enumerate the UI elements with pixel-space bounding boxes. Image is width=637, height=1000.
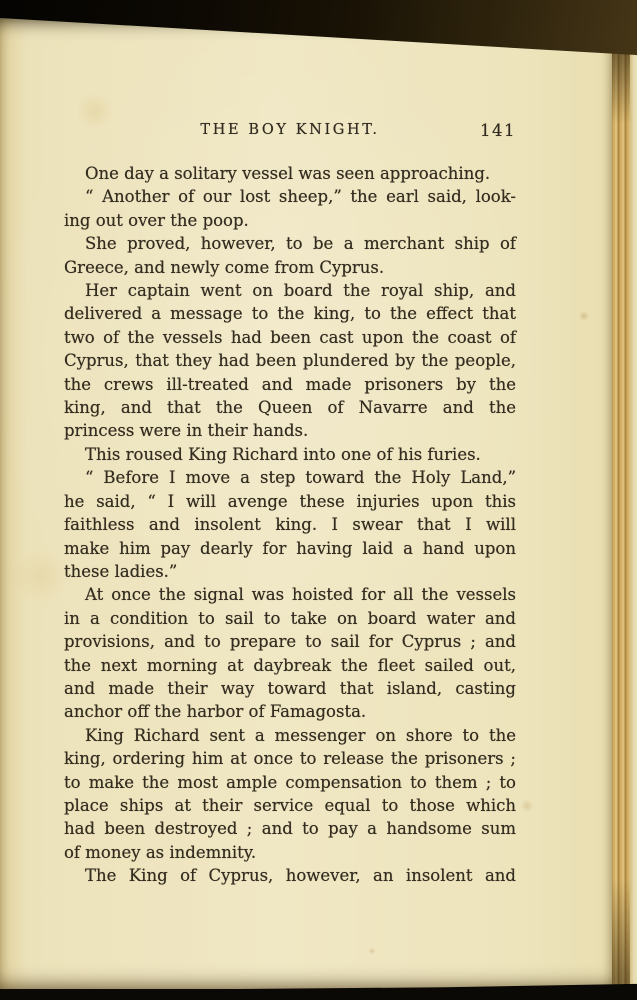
text-line: The King of Cyprus, however, an insolent… <box>64 864 516 887</box>
paragraph: At once the signal was hoisted for all t… <box>64 583 516 723</box>
paragraph: Her captain went on board the royal ship… <box>64 279 516 443</box>
text-line: make him pay dearly for having laid a ha… <box>64 537 516 560</box>
paragraph: “ Another of our lost sheep,” the earl s… <box>64 185 516 232</box>
text-line: the crews ill-treated and made prisoners… <box>64 373 516 396</box>
text-line: This roused King Richard into one of his… <box>64 443 516 466</box>
text-line: king, and that the Queen of Navarre and … <box>64 396 516 419</box>
text-line: faithless and insolent king. I swear tha… <box>64 513 516 536</box>
text-line: place ships at their service equal to th… <box>64 794 516 817</box>
text-line: he said, “ I will avenge these injuries … <box>64 490 516 513</box>
paragraph: She proved, however, to be a merchant sh… <box>64 232 516 279</box>
text-line: in a condition to sail to take on board … <box>64 607 516 630</box>
text-line: King Richard sent a messenger on shore t… <box>64 724 516 747</box>
text-line: and made their way toward that island, c… <box>64 677 516 700</box>
text-line: the next morning at daybreak the fleet s… <box>64 654 516 677</box>
book-page: THE BOY KNIGHT. 141 One day a solitary v… <box>0 16 612 989</box>
text-line: At once the signal was hoisted for all t… <box>64 583 516 606</box>
book-photo: THE BOY KNIGHT. 141 One day a solitary v… <box>0 0 637 1000</box>
page-header: THE BOY KNIGHT. 141 <box>64 122 516 146</box>
text-line: provisions, and to prepare to sail for C… <box>64 630 516 653</box>
text-line: two of the vessels had been cast upon th… <box>64 326 516 349</box>
text-line: ing out over the poop. <box>64 209 516 232</box>
text-line: to make the most ample compensation to t… <box>64 771 516 794</box>
text-line: “ Before I move a step toward the Holy L… <box>64 466 516 489</box>
page-number: 141 <box>480 121 516 140</box>
text-block: One day a solitary vessel was seen appro… <box>64 162 516 888</box>
text-line: Greece, and newly come from Cyprus. <box>64 256 516 279</box>
text-line: She proved, however, to be a merchant sh… <box>64 232 516 255</box>
paragraph: One day a solitary vessel was seen appro… <box>64 162 516 185</box>
text-line: anchor off the harbor of Famagosta. <box>64 700 516 723</box>
paragraph: The King of Cyprus, however, an insolent… <box>64 864 516 887</box>
text-line: these ladies.” <box>64 560 516 583</box>
running-title: THE BOY KNIGHT. <box>64 122 516 138</box>
text-line: Cyprus, that they had been plundered by … <box>64 349 516 372</box>
text-line: One day a solitary vessel was seen appro… <box>64 162 516 185</box>
text-line: “ Another of our lost sheep,” the earl s… <box>64 185 516 208</box>
text-line: delivered a message to the king, to the … <box>64 302 516 325</box>
paragraph: King Richard sent a messenger on shore t… <box>64 724 516 864</box>
text-line: of money as indemnity. <box>64 841 516 864</box>
text-line: king, ordering him at once to release th… <box>64 747 516 770</box>
text-line: had been destroyed ; and to pay a handso… <box>64 817 516 840</box>
text-line: princess were in their hands. <box>64 419 516 442</box>
paragraph: This roused King Richard into one of his… <box>64 443 516 466</box>
next-page-edge <box>630 52 637 991</box>
text-line: Her captain went on board the royal ship… <box>64 279 516 302</box>
paragraph: “ Before I move a step toward the Holy L… <box>64 466 516 583</box>
